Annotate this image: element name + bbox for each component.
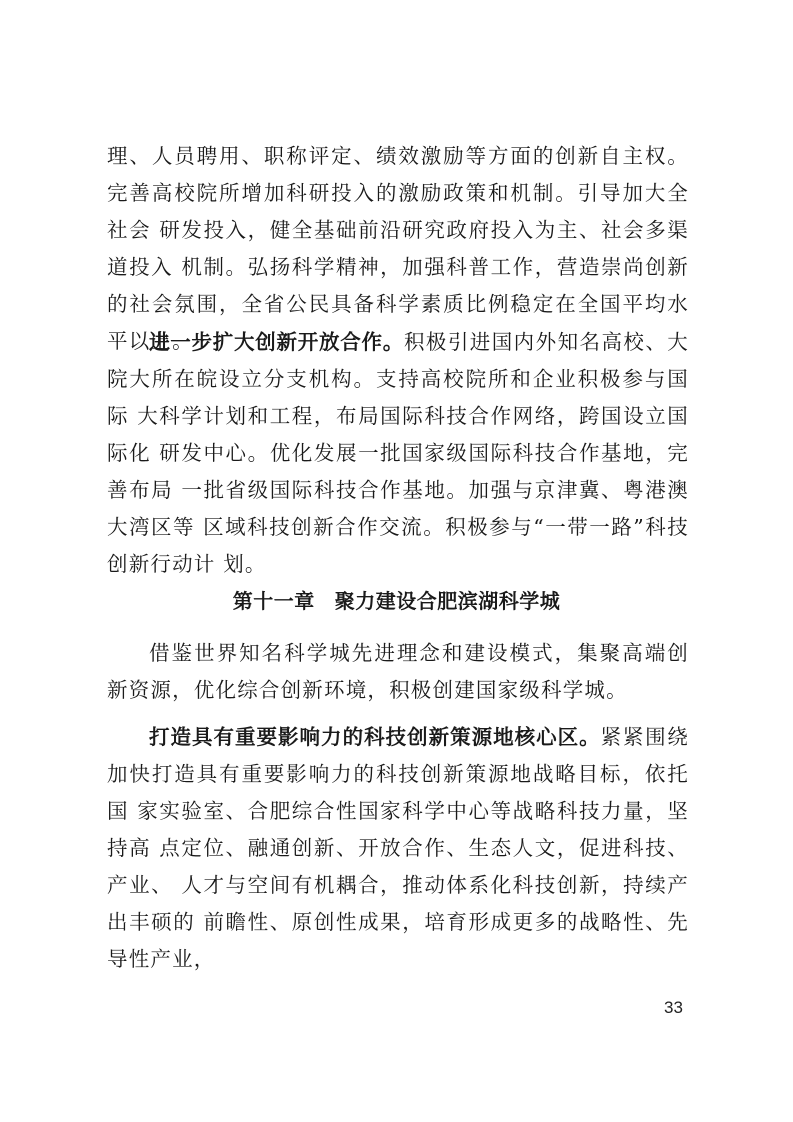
chapter-heading: 第十一章聚力建设合肥滨湖科学城 — [0, 585, 793, 614]
paragraph-lead-heading: 进一步扩大创新开放合作。 — [149, 330, 404, 354]
chapter-intro-paragraph: 借鉴世界知名科学城先进理念和建设模式，集聚高端创新资源，优化综合创新环境，积极创… — [107, 635, 689, 709]
chapter-number: 第十一章 — [233, 589, 315, 613]
page-number: 33 — [664, 998, 683, 1018]
paragraph-open-cooperation: 进一步扩大创新开放合作。积极引进国内外知名高校、大院大所在皖设立分支机构。支持高… — [107, 324, 689, 583]
paragraph-lead-heading: 打造具有重要影响力的科技创新策源地核心区。 — [149, 725, 601, 749]
paragraph-body: 打造具有重要影响力的科技创新策源地核心区。紧紧围绕加快打造具有重要影响力的科技创… — [107, 719, 689, 978]
paragraph-body: 进一步扩大创新开放合作。积极引进国内外知名高校、大院大所在皖设立分支机构。支持高… — [107, 324, 689, 583]
chapter-title: 聚力建设合肥滨湖科学城 — [335, 589, 561, 613]
paragraph-text: 紧紧围绕加快打造具有重要影响力的科技创新策源地战略目标，依托国 家实验室、合肥综… — [107, 725, 689, 971]
paragraph-text: 积极引进国内外知名高校、大院大所在皖设立分支机构。支持高校院所和企业积极参与国际… — [107, 330, 689, 576]
paragraph-text: 借鉴世界知名科学城先进理念和建设模式，集聚高端创新资源，优化综合创新环境，积极创… — [107, 635, 689, 709]
paragraph-core-zone: 打造具有重要影响力的科技创新策源地核心区。紧紧围绕加快打造具有重要影响力的科技创… — [107, 719, 689, 978]
